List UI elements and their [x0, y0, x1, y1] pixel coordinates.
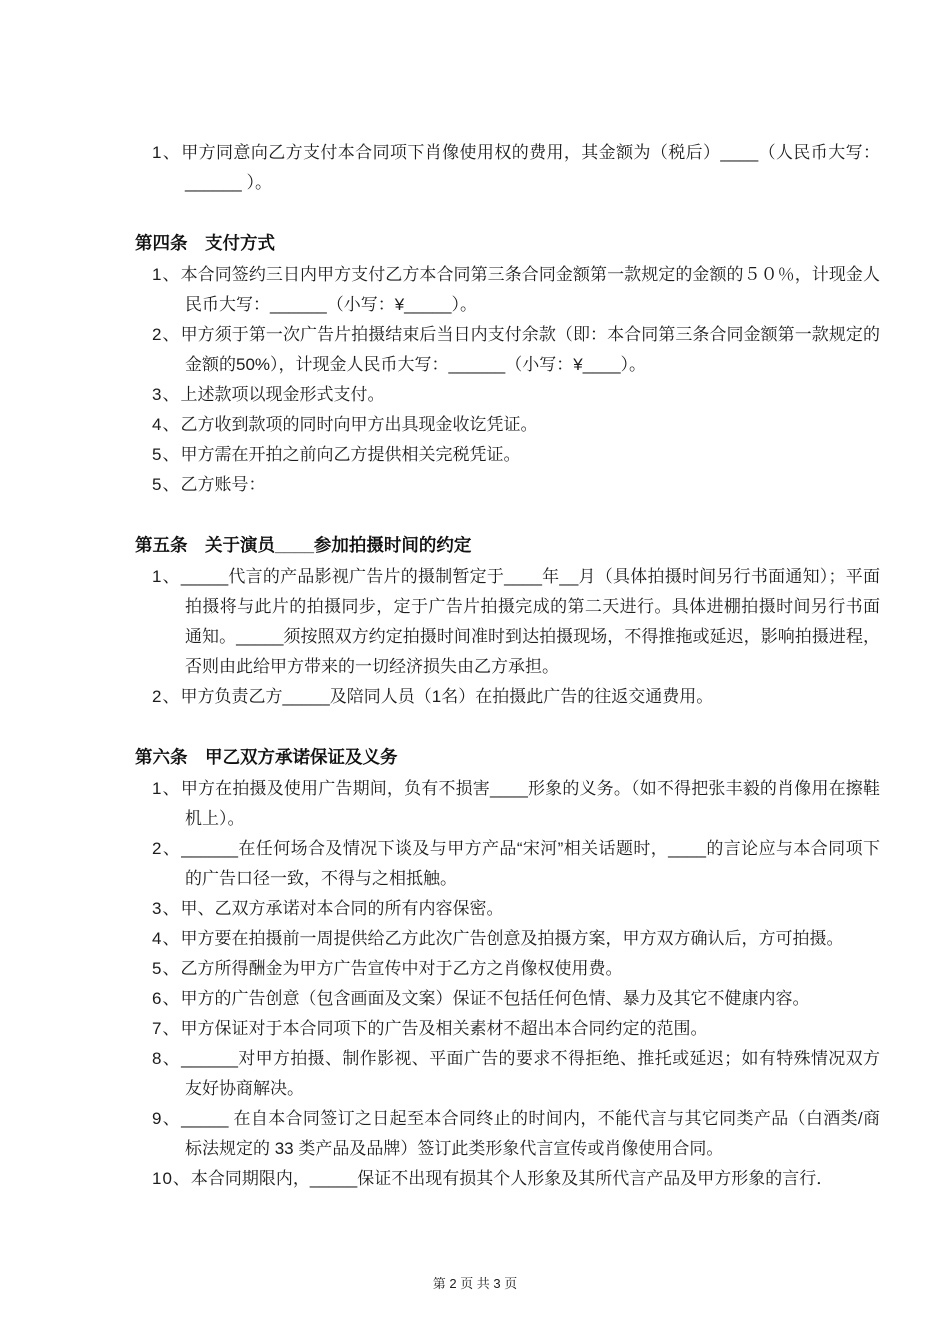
item-text: 甲方同意向乙方支付本合同项下肖像使用权的费用，其金额为（税后）____（人民币大… — [181, 143, 880, 192]
item-text: 乙方账号： — [180, 475, 265, 494]
item-text: _____ 在自本合同签订之日起至本合同终止的时间内，不能代言与其它同类产品（白… — [181, 1109, 880, 1158]
contract-item: 2、______在任何场合及情况下谈及与甲方产品“宋河”相关话题时，____的言… — [135, 834, 880, 894]
item-text: _____代言的产品影视广告片的摄制暂定于____年__月（具体拍摄时间另行书面… — [181, 567, 880, 676]
item-text: 上述款项以现金形式支付。 — [180, 385, 384, 404]
item-number: 6、 — [152, 989, 180, 1008]
item-number: 9、 — [152, 1109, 181, 1128]
item-number: 1、 — [152, 265, 181, 284]
item-text: 甲、乙双方承诺对本合同的所有内容保密。 — [180, 899, 503, 918]
item-number: 1、 — [152, 567, 181, 586]
contract-item: 1、本合同签约三日内甲方支付乙方本合同第三条合同金额第一款规定的金额的５０％，计… — [135, 260, 880, 320]
contract-item: 5、乙方所得酬金为甲方广告宣传中对于乙方之肖像权使用费。 — [135, 954, 880, 984]
contract-item: 3、上述款项以现金形式支付。 — [135, 380, 880, 410]
item-number: 3、 — [152, 899, 180, 918]
item-number: 8、 — [152, 1049, 181, 1068]
item-text: 甲方保证对于本合同项下的广告及相关素材不超出本合同约定的范围。 — [180, 1019, 707, 1038]
item-text: 甲方在拍摄及使用广告期间，负有不损害____形象的义务。（如不得把张丰毅的肖像用… — [181, 779, 880, 828]
item-number: 1、 — [152, 143, 181, 162]
section-heading-article5: 第五条 关于演员____参加拍摄时间的约定 — [135, 530, 880, 560]
contract-item: 2、甲方须于第一次广告片拍摄结束后当日内支付余款（即：本合同第三条合同金额第一款… — [135, 320, 880, 380]
item-text: 甲方需在开拍之前向乙方提供相关完税凭证。 — [180, 445, 520, 464]
section-heading-article4: 第四条 支付方式 — [135, 228, 880, 258]
item-text: 本合同期限内，_____保证不出现有损其个人形象及其所代言产品及甲方形象的言行． — [191, 1169, 833, 1188]
item-text: ______在任何场合及情况下谈及与甲方产品“宋河”相关话题时，____的言论应… — [181, 839, 880, 888]
contract-item: 1、甲方在拍摄及使用广告期间，负有不损害____形象的义务。（如不得把张丰毅的肖… — [135, 774, 880, 834]
item-number: 7、 — [152, 1019, 180, 1038]
item-text: 乙方所得酬金为甲方广告宣传中对于乙方之肖像权使用费。 — [180, 959, 622, 978]
document-page: 1、甲方同意向乙方支付本合同项下肖像使用权的费用，其金额为（税后）____（人民… — [0, 0, 950, 1344]
item-text: 甲方负责乙方_____及陪同人员（1名）在拍摄此广告的往返交通费用。 — [180, 687, 713, 706]
contract-item: 2、甲方负责乙方_____及陪同人员（1名）在拍摄此广告的往返交通费用。 — [135, 682, 880, 712]
contract-item: 5、甲方需在开拍之前向乙方提供相关完税凭证。 — [135, 440, 880, 470]
item-number: 4、 — [152, 415, 180, 434]
page-content: 1、甲方同意向乙方支付本合同项下肖像使用权的费用，其金额为（税后）____（人民… — [135, 138, 880, 1194]
item-number: 1、 — [152, 779, 181, 798]
item-number: 3、 — [152, 385, 180, 404]
item-number: 5、 — [152, 445, 180, 464]
item-number: 2、 — [152, 839, 181, 858]
contract-item: 5、乙方账号： — [135, 470, 880, 500]
contract-item: 9、_____ 在自本合同签订之日起至本合同终止的时间内，不能代言与其它同类产品… — [135, 1104, 880, 1164]
contract-item: 3、甲、乙双方承诺对本合同的所有内容保密。 — [135, 894, 880, 924]
item-text: 甲方的广告创意（包含画面及文案）保证不包括任何色情、暴力及其它不健康内容。 — [180, 989, 809, 1008]
item-number: 10、 — [152, 1169, 191, 1188]
contract-item: 10、本合同期限内，_____保证不出现有损其个人形象及其所代言产品及甲方形象的… — [135, 1164, 880, 1194]
item-text: 甲方要在拍摄前一周提供给乙方此次广告创意及拍摄方案，甲方双方确认后，方可拍摄。 — [180, 929, 843, 948]
section-heading-article6: 第六条 甲乙双方承诺保证及义务 — [135, 742, 880, 772]
contract-item: 4、乙方收到款项的同时向甲方出具现金收讫凭证。 — [135, 410, 880, 440]
contract-item: 1、_____代言的产品影视广告片的摄制暂定于____年__月（具体拍摄时间另行… — [135, 562, 880, 682]
contract-item: 6、甲方的广告创意（包含画面及文案）保证不包括任何色情、暴力及其它不健康内容。 — [135, 984, 880, 1014]
item-text: 本合同签约三日内甲方支付乙方本合同第三条合同金额第一款规定的金额的５０％，计现金… — [181, 265, 880, 314]
item-number: 2、 — [152, 687, 180, 706]
item-number: 2、 — [152, 325, 181, 344]
page-footer: 第 2 页 共 3 页 — [0, 1274, 950, 1294]
contract-item: 4、甲方要在拍摄前一周提供给乙方此次广告创意及拍摄方案，甲方双方确认后，方可拍摄… — [135, 924, 880, 954]
item-text: 甲方须于第一次广告片拍摄结束后当日内支付余款（即：本合同第三条合同金额第一款规定… — [181, 325, 880, 374]
item-number: 4、 — [152, 929, 180, 948]
item-text: 乙方收到款项的同时向甲方出具现金收讫凭证。 — [180, 415, 537, 434]
contract-item: 7、甲方保证对于本合同项下的广告及相关素材不超出本合同约定的范围。 — [135, 1014, 880, 1044]
item-text: ______对甲方拍摄、制作影视、平面广告的要求不得拒绝、推托或延迟；如有特殊情… — [181, 1049, 880, 1098]
contract-item: 1、甲方同意向乙方支付本合同项下肖像使用权的费用，其金额为（税后）____（人民… — [135, 138, 880, 198]
contract-item: 8、______对甲方拍摄、制作影视、平面广告的要求不得拒绝、推托或延迟；如有特… — [135, 1044, 880, 1104]
item-number: 5、 — [152, 475, 180, 494]
item-number: 5、 — [152, 959, 180, 978]
